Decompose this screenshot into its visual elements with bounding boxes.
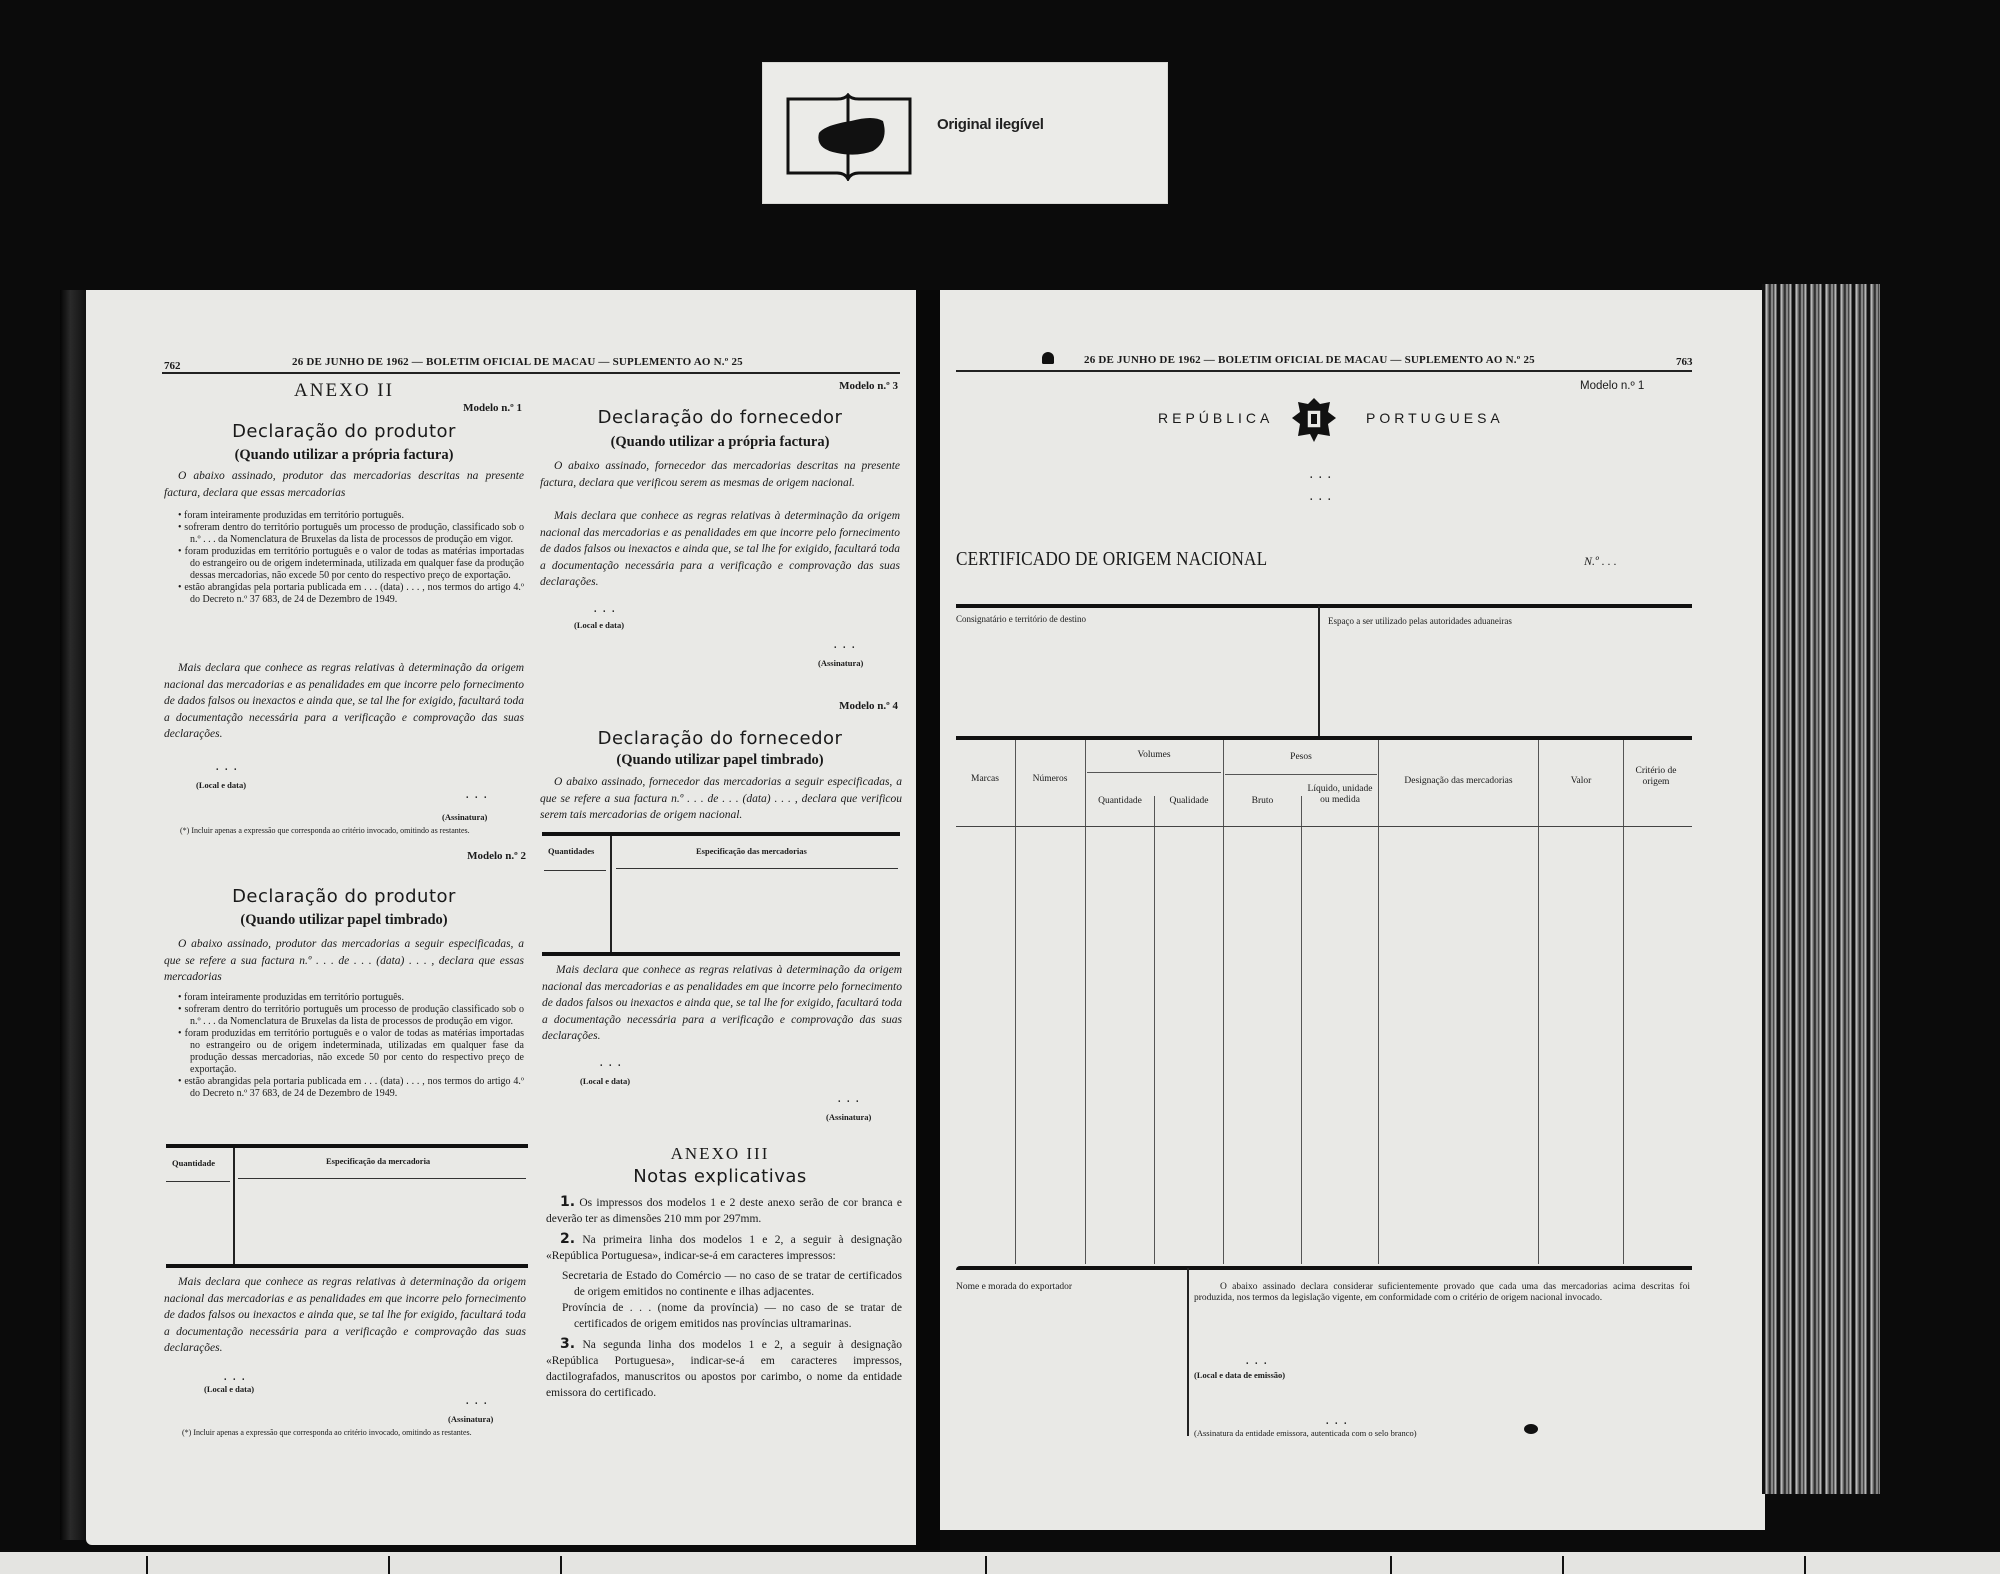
explanatory-notes: 1. Os impressos dos modelos 1 e 2 deste … xyxy=(546,1194,902,1401)
model-label: Modelo n.º 2 xyxy=(164,850,526,862)
criteria-item: • foram produzidas em território portugu… xyxy=(164,1028,524,1076)
dots-placeholder: . . . xyxy=(1326,1416,1349,1427)
criteria-item: • foram inteiramente produzidas em terri… xyxy=(164,992,524,1004)
criteria-item: • estão abrangidas pela portaria publica… xyxy=(164,1076,524,1100)
place-date-label: (Local e data) xyxy=(196,780,246,790)
form-rule xyxy=(956,1266,1692,1270)
illegible-original-notice: Original ilegível xyxy=(762,62,1168,204)
column-header: Marcas xyxy=(956,774,1014,785)
certificate-number: N.º . . . xyxy=(1584,554,1617,569)
issuer-signature-label: (Assinatura da entidade emissora, autent… xyxy=(1194,1428,1417,1438)
table-col-line xyxy=(1223,740,1224,1264)
book-left-edge xyxy=(60,290,86,1540)
criteria-item: • sofreram dentro do território portuguê… xyxy=(164,522,524,546)
criteria-item: • foram produzidas em território portugu… xyxy=(164,546,524,582)
table-rule xyxy=(238,1178,526,1179)
table-divider xyxy=(233,1148,235,1264)
form-rule xyxy=(956,604,1692,608)
right-page xyxy=(940,290,1765,1530)
place-date-label: (Local e data) xyxy=(204,1384,254,1394)
republic-left-word: REPÚBLICA xyxy=(1158,410,1273,426)
table-bottom-rule xyxy=(542,952,900,956)
dots-placeholder: . . . xyxy=(466,1396,489,1407)
annex-title: ANEXO III xyxy=(540,1144,900,1164)
film-tick xyxy=(1804,1556,1806,1574)
open-book-with-blot-icon xyxy=(785,93,915,181)
column-header: Quantidade xyxy=(1086,796,1154,807)
place-date-label: (Local e data) xyxy=(580,1076,630,1086)
section-title: Declaração do fornecedor xyxy=(540,728,900,749)
film-tick xyxy=(1390,1556,1392,1574)
form-divider xyxy=(1187,1268,1189,1436)
table-col-line xyxy=(1538,740,1539,1264)
form-divider xyxy=(1318,606,1320,738)
film-tick xyxy=(146,1556,148,1574)
group-header-weights: Pesos xyxy=(1225,752,1377,763)
column-header: Critério de origem xyxy=(1625,766,1687,788)
running-header: 26 DE JUNHO DE 1962 — BOLETIM OFICIAL DE… xyxy=(1084,354,1535,366)
header-rule xyxy=(956,370,1692,372)
section-title: Declaração do produtor xyxy=(164,886,524,907)
consignee-label: Consignatário e território de destino xyxy=(956,614,1086,624)
criteria-item: • estão abrangidas pela portaria publica… xyxy=(164,582,524,606)
dots-placeholder: . . . xyxy=(1310,492,1333,503)
signature-label: (Assinatura) xyxy=(442,812,487,822)
column-header: Valor xyxy=(1539,776,1623,787)
republic-right-word: PORTUGUESA xyxy=(1366,410,1504,426)
declaration-paragraph: Mais declara que conhece as regras relat… xyxy=(542,962,902,1045)
note-item: 2. Na primeira linha dos modelos 1 e 2, … xyxy=(546,1231,902,1264)
dots-placeholder: . . . xyxy=(216,762,239,773)
table-divider xyxy=(610,836,612,954)
column-header: Bruto xyxy=(1224,796,1301,807)
film-tick xyxy=(388,1556,390,1574)
model-label: Modelo n.º 1 xyxy=(164,402,522,414)
note-sub-item: Secretaria de Estado do Comércio — no ca… xyxy=(546,1268,902,1300)
table-header-rule xyxy=(956,826,1692,827)
criteria-item: • foram inteiramente produzidas em terri… xyxy=(164,510,524,522)
signature-label: (Assinatura) xyxy=(826,1112,871,1122)
footnote: (*) Incluir apenas a expressão que corre… xyxy=(166,1428,528,1438)
signature-label: (Assinatura) xyxy=(818,658,863,668)
table-col-line xyxy=(1623,740,1624,1264)
declaration-paragraph: Mais declara que conhece as regras relat… xyxy=(164,1274,526,1357)
dots-placeholder: . . . xyxy=(838,1094,861,1105)
section-subtitle: (Quando utilizar a própria factura) xyxy=(164,447,524,464)
header-rule xyxy=(162,372,900,374)
illegible-label: Original ilegível xyxy=(937,116,1044,133)
model-label: Modelo n.º 3 xyxy=(540,380,898,392)
table-rule xyxy=(544,870,606,871)
note-item: 3. Na segunda linha dos modelos 1 e 2, a… xyxy=(546,1336,902,1401)
book-gutter xyxy=(916,290,940,1550)
ink-blot xyxy=(1524,1424,1538,1434)
table-header-quantities: Quantidades xyxy=(548,846,594,856)
group-header-volumes: Volumes xyxy=(1087,750,1221,761)
customs-space-label: Espaço a ser utilizado pelas autoridades… xyxy=(1328,616,1512,626)
table-top-rule xyxy=(542,832,900,836)
section-title: Notas explicativas xyxy=(540,1166,900,1187)
criteria-list: • foram inteiramente produzidas em terri… xyxy=(164,510,524,606)
section-title: Declaração do fornecedor xyxy=(540,407,900,428)
attestation-text: O abaixo assinado declara considerar suf… xyxy=(1194,1282,1690,1304)
signature-label: (Assinatura) xyxy=(448,1414,493,1424)
column-header: Qualidade xyxy=(1155,796,1223,807)
running-header: 26 DE JUNHO DE 1962 — BOLETIM OFICIAL DE… xyxy=(292,356,743,368)
section-subtitle: (Quando utilizar a própria factura) xyxy=(540,434,900,451)
intro-paragraph: O abaixo assinado, produtor das mercador… xyxy=(164,936,524,986)
group-rule xyxy=(1087,772,1221,773)
note-item: 1. Os impressos dos modelos 1 e 2 deste … xyxy=(546,1194,902,1227)
table-col-line xyxy=(1378,740,1379,1264)
declaration-paragraph: Mais declara que conhece as regras relat… xyxy=(540,508,900,591)
dots-placeholder: . . . xyxy=(600,1058,623,1069)
table-bottom-rule xyxy=(166,1264,528,1268)
section-subtitle: (Quando utilizar papel timbrado) xyxy=(540,752,900,769)
table-rule xyxy=(616,868,898,869)
intro-paragraph: O abaixo assinado, produtor das mercador… xyxy=(164,468,524,501)
table-header-specification: Especificação da mercadoria xyxy=(326,1156,430,1166)
page-number: 763 xyxy=(1676,356,1693,368)
column-header: Designação das mercadorias xyxy=(1379,776,1538,787)
declaration-paragraph: Mais declara que conhece as regras relat… xyxy=(164,660,524,743)
ink-blot xyxy=(1042,352,1054,364)
exporter-label: Nome e morada do exportador xyxy=(956,1282,1072,1292)
certificate-title: CERTIFICADO DE ORIGEM NACIONAL xyxy=(956,548,1267,571)
note-sub-item: Província de . . . (nome da província) —… xyxy=(546,1300,902,1332)
table-col-line xyxy=(1085,740,1086,1264)
film-tick xyxy=(560,1556,562,1574)
table-col-line xyxy=(1301,796,1302,1264)
annex-title: ANEXO II xyxy=(164,380,524,402)
form-rule xyxy=(956,736,1692,740)
dots-placeholder: . . . xyxy=(1310,470,1333,481)
table-top-rule xyxy=(166,1144,528,1148)
dots-placeholder: . . . xyxy=(834,640,857,651)
model-label: Modelo n.º 4 xyxy=(540,700,898,712)
section-subtitle: (Quando utilizar papel timbrado) xyxy=(164,912,524,929)
dots-placeholder: . . . xyxy=(466,790,489,801)
dots-placeholder: . . . xyxy=(1246,1356,1269,1367)
section-title: Declaração do produtor xyxy=(164,421,524,442)
dots-placeholder: . . . xyxy=(224,1372,247,1383)
criteria-list: • foram inteiramente produzidas em terri… xyxy=(164,992,524,1100)
table-header-specification: Especificação das mercadorias xyxy=(696,846,807,856)
film-strip xyxy=(0,1552,2000,1574)
intro-paragraph: O abaixo assinado, fornecedor das mercad… xyxy=(540,774,902,824)
column-header: Números xyxy=(1016,774,1084,785)
issue-place-date-label: (Local e data de emissão) xyxy=(1194,1370,1285,1380)
group-rule xyxy=(1225,774,1377,775)
film-tick xyxy=(985,1556,987,1574)
page-number: 762 xyxy=(164,360,181,372)
table-rule xyxy=(166,1181,230,1182)
scan-background xyxy=(1880,284,2000,1494)
place-date-label: (Local e data) xyxy=(574,620,624,630)
intro-paragraph: O abaixo assinado, fornecedor das mercad… xyxy=(540,458,900,491)
table-header-quantity: Quantidade xyxy=(172,1158,215,1168)
dots-placeholder: . . . xyxy=(594,604,617,615)
coat-of-arms-icon xyxy=(1290,396,1338,444)
criteria-item: • sofreram dentro do território portuguê… xyxy=(164,1004,524,1028)
column-header: Líquido, unidade ou medida xyxy=(1302,784,1378,806)
film-tick xyxy=(1562,1556,1564,1574)
table-col-line xyxy=(1015,740,1016,1264)
footnote: (*) Incluir apenas a expressão que corre… xyxy=(164,826,524,836)
model-label: Modelo n.º 1 xyxy=(1580,380,1644,392)
table-col-line xyxy=(1154,796,1155,1264)
